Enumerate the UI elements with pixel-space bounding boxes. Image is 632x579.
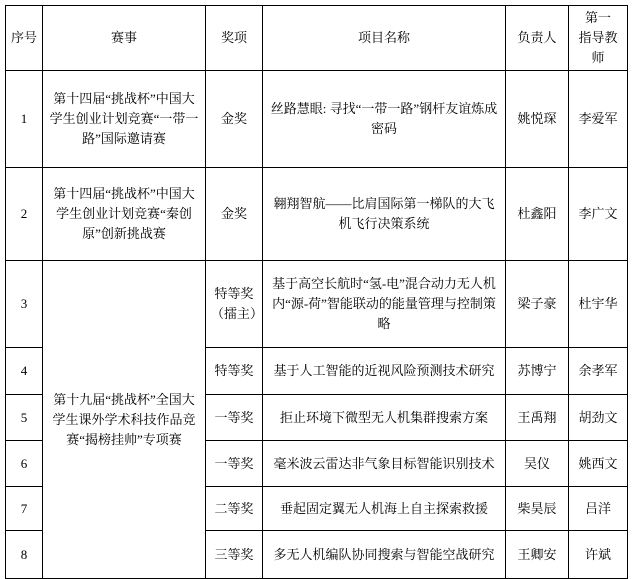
header-seq: 序号: [6, 6, 43, 71]
header-leader: 负责人: [506, 6, 569, 71]
cell-project: 基于人工智能的近视风险预测技术研究: [263, 348, 506, 395]
page: 序号 赛事 奖项 项目名称 负责人 第一 指导教师 1 第十四届“挑战杯”中国大…: [0, 0, 632, 567]
cell-leader: 柴昊辰: [506, 487, 569, 531]
cell-seq: 4: [6, 348, 43, 395]
header-row: 序号 赛事 奖项 项目名称 负责人 第一 指导教师: [6, 6, 628, 71]
cell-seq: 7: [6, 487, 43, 531]
cell-leader: 王禹翔: [506, 395, 569, 441]
cell-seq: 1: [6, 71, 43, 168]
table-row: 1 第十四届“挑战杯”中国大学生创业计划竞赛“一带一路”国际邀请赛 金奖 丝路慧…: [6, 71, 628, 168]
cell-award: 特等奖: [206, 348, 263, 395]
cell-event: 第十四届“挑战杯”中国大学生创业计划竞赛“秦创原”创新挑战赛: [43, 168, 206, 261]
cell-award: 一等奖: [206, 395, 263, 441]
cell-seq: 2: [6, 168, 43, 261]
cell-leader: 吴仪: [506, 441, 569, 487]
cell-teacher: 胡劲文: [569, 395, 628, 441]
cell-award: 一等奖: [206, 441, 263, 487]
table-row: 3 第十九届“挑战杯”全国大学生课外学术科技作品竞赛“揭榜挂帅”专项赛 特等奖 …: [6, 261, 628, 348]
cell-teacher: 许斌: [569, 531, 628, 579]
cell-teacher: 姚西文: [569, 441, 628, 487]
cell-leader: 姚悦琛: [506, 71, 569, 168]
cell-project: 拒止环境下微型无人机集群搜索方案: [263, 395, 506, 441]
award-results-table: 序号 赛事 奖项 项目名称 负责人 第一 指导教师 1 第十四届“挑战杯”中国大…: [5, 5, 628, 579]
cell-leader: 苏博宁: [506, 348, 569, 395]
cell-award: 三等奖: [206, 531, 263, 579]
cell-seq: 8: [6, 531, 43, 579]
cell-seq: 5: [6, 395, 43, 441]
cell-project: 翱翔智航——比肩国际第一梯队的大飞机飞行决策系统: [263, 168, 506, 261]
cell-award: 特等奖 （擂主）: [206, 261, 263, 348]
cell-teacher: 吕洋: [569, 487, 628, 531]
header-award: 奖项: [206, 6, 263, 71]
cell-teacher: 余孝军: [569, 348, 628, 395]
cell-project: 多无人机编队协同搜索与智能空战研究: [263, 531, 506, 579]
cell-teacher: 李爱军: [569, 71, 628, 168]
cell-event-merged: 第十九届“挑战杯”全国大学生课外学术科技作品竞赛“揭榜挂帅”专项赛: [43, 261, 206, 579]
cell-seq: 3: [6, 261, 43, 348]
cell-leader: 杜鑫阳: [506, 168, 569, 261]
cell-award: 金奖: [206, 168, 263, 261]
cell-leader: 梁子豪: [506, 261, 569, 348]
cell-teacher: 杜宇华: [569, 261, 628, 348]
cell-project: 垂起固定翼无人机海上自主探索救援: [263, 487, 506, 531]
cell-project: 毫米波云雷达非气象目标智能识别技术: [263, 441, 506, 487]
cell-seq: 6: [6, 441, 43, 487]
cell-project: 丝路慧眼: 寻找“一带一路”钢杆友谊炼成密码: [263, 71, 506, 168]
header-project: 项目名称: [263, 6, 506, 71]
cell-project: 基于高空长航时“氢-电”混合动力无人机内“源-荷”智能联动的能量管理与控制策略: [263, 261, 506, 348]
header-teacher: 第一 指导教师: [569, 6, 628, 71]
header-event: 赛事: [43, 6, 206, 71]
cell-award: 金奖: [206, 71, 263, 168]
table-row: 2 第十四届“挑战杯”中国大学生创业计划竞赛“秦创原”创新挑战赛 金奖 翱翔智航…: [6, 168, 628, 261]
cell-teacher: 李广文: [569, 168, 628, 261]
cell-event: 第十四届“挑战杯”中国大学生创业计划竞赛“一带一路”国际邀请赛: [43, 71, 206, 168]
cell-leader: 王卿安: [506, 531, 569, 579]
cell-award: 二等奖: [206, 487, 263, 531]
